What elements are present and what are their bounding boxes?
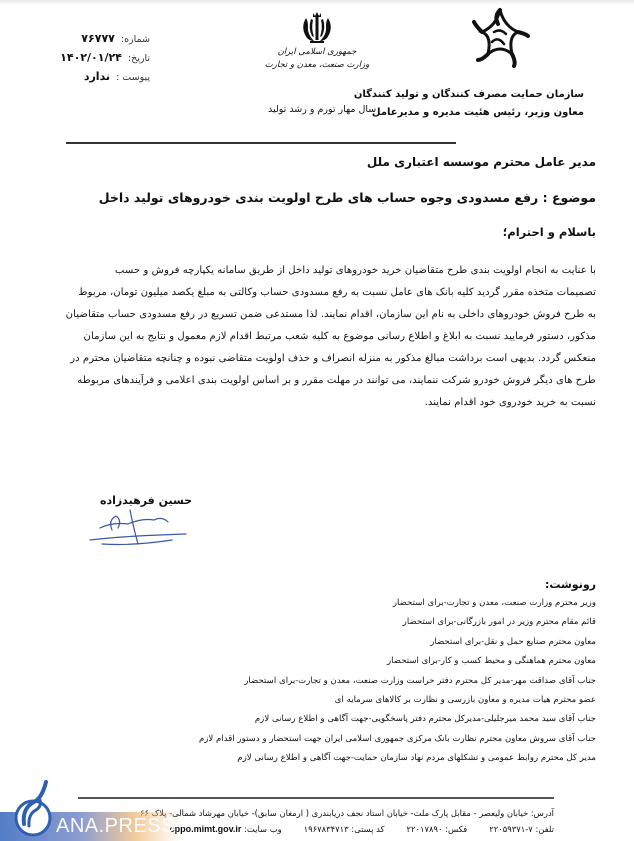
- header-divider: [66, 142, 456, 144]
- cc-item: مدیر کل محترم روابط عمومی و تشکلهای مردم…: [199, 749, 596, 768]
- subject-line: موضوع : رفع مسدودی وجوه حساب های طرح اول…: [99, 190, 596, 205]
- footer-website-group: وب سایت: cppo.mimt.gov.ir: [170, 821, 282, 837]
- letter-date-row: تاریخ: ۱۴۰۲/۰۱/۲۴: [40, 49, 150, 68]
- footer-postal-code: کد پستی: ۱۹۶۷۸۳۴۷۱۳: [304, 821, 385, 837]
- body-line: تصمیمات متخذه مقرر گردید کلیه بانک های ع…: [36, 282, 596, 304]
- organization-name: سازمان حمایت مصرف کنندگان و تولید کنندگا…: [354, 86, 584, 122]
- body-line: نسبت به خرید خودروی خود اقدام نمایند.: [36, 392, 596, 414]
- letter-meta: شماره: ۷۶۷۷۷ تاریخ: ۱۴۰۲/۰۱/۲۴ پیوست : ن…: [40, 30, 150, 87]
- footer-phone: تلفن: ۷-۲۲۰۵۹۳۷۱: [489, 821, 554, 837]
- cc-item: جناب آقای صداقت مهر-مدیر کل محترم دفتر ح…: [199, 672, 596, 691]
- letter-attachment-label: پیوست :: [116, 69, 150, 87]
- cc-item: جناب آقای سروش معاون محترم نظارت بانک مر…: [199, 730, 596, 749]
- greeting: باسلام و احترام؛: [503, 225, 596, 239]
- body-line: منعکس گردد. بدیهی است برداشت مبالغ مذکور…: [36, 348, 596, 370]
- letter-number-value: ۷۶۷۷۷: [81, 30, 115, 48]
- republic-name: جمهوری اسلامی ایران: [250, 46, 384, 59]
- cc-item: جناب آقای سید محمد میرجلیلی-مدیرکل محترم…: [199, 710, 596, 729]
- body-line: مذکور، دستور فرمایید نسبت به ابلاغ و اطل…: [36, 326, 596, 348]
- ministry-title: جمهوری اسلامی ایران وزارت صنعت، معدن و ت…: [250, 46, 384, 72]
- footer-website-label: وب سایت:: [244, 824, 282, 834]
- watermark-text: ANA.PRESS: [56, 812, 175, 841]
- cc-title: رونوشت:: [545, 578, 596, 591]
- top-shade: [0, 0, 634, 5]
- cc-list: وزیر محترم وزارت صنعت، معدن و تجارت-برای…: [199, 594, 596, 769]
- letter-attachment-row: پیوست : ندارد: [40, 68, 150, 87]
- letter-number-row: شماره: ۷۶۷۷۷: [40, 30, 150, 49]
- organization-line-1: سازمان حمایت مصرف کنندگان و تولید کنندگا…: [354, 86, 584, 104]
- organization-star-logo-icon: [468, 6, 532, 70]
- addressee: مدیر عامل محترم موسسه اعتباری ملل: [367, 155, 596, 169]
- body-line: با عنایت به انجام اولویت بندی طرح متقاضی…: [36, 260, 596, 282]
- ana-press-logo-icon: [12, 778, 54, 838]
- footer-address: آدرس: خیابان ولیعصر - مقابل پارک ملت- خی…: [140, 805, 554, 821]
- body-line: به طرح فروش خودروهای داخلی به نام این سا…: [36, 304, 596, 326]
- cc-item: وزیر محترم وزارت صنعت، معدن و تجارت-برای…: [199, 594, 596, 613]
- cc-item: معاون محترم صنایع حمل و نقل-برای استحضار: [199, 633, 596, 652]
- letter-date-value: ۱۴۰۲/۰۱/۲۴: [60, 49, 122, 67]
- letter-date-label: تاریخ:: [128, 50, 150, 68]
- letter-body: با عنایت به انجام اولویت بندی طرح متقاضی…: [36, 260, 596, 414]
- ministry-name: وزارت صنعت، معدن و تجارت: [250, 59, 384, 72]
- cc-item: قائم مقام محترم وزیر در امور بازرگانی-بر…: [199, 613, 596, 632]
- letter-attachment-value: ندارد: [84, 68, 110, 86]
- cc-item: معاون محترم هماهنگی و محیط کسب و کار-برا…: [199, 652, 596, 671]
- footer-contact: آدرس: خیابان ولیعصر - مقابل پارک ملت- خی…: [140, 805, 554, 837]
- footer-contact-row: تلفن: ۷-۲۲۰۵۹۳۷۱ فکس: ۲۲۰۱۷۸۹۰ کد پستی: …: [140, 821, 554, 837]
- cc-item: عضو محترم هیات مدیره و معاون بازرسی و نظ…: [199, 691, 596, 710]
- letter-number-label: شماره:: [121, 31, 150, 49]
- organization-line-2: معاون وزیر، رئیس هئیت مدیره و مدیرعامل: [354, 104, 584, 122]
- footer-divider: [78, 797, 554, 799]
- handwritten-signature-icon: [82, 500, 192, 550]
- footer-website-link[interactable]: cppo.mimt.gov.ir: [170, 824, 242, 834]
- body-line: طرح های دیگر فروش خودرو شرکت ننمایند، می…: [36, 370, 596, 392]
- footer-fax: فکس: ۲۲۰۱۷۸۹۰: [406, 821, 467, 837]
